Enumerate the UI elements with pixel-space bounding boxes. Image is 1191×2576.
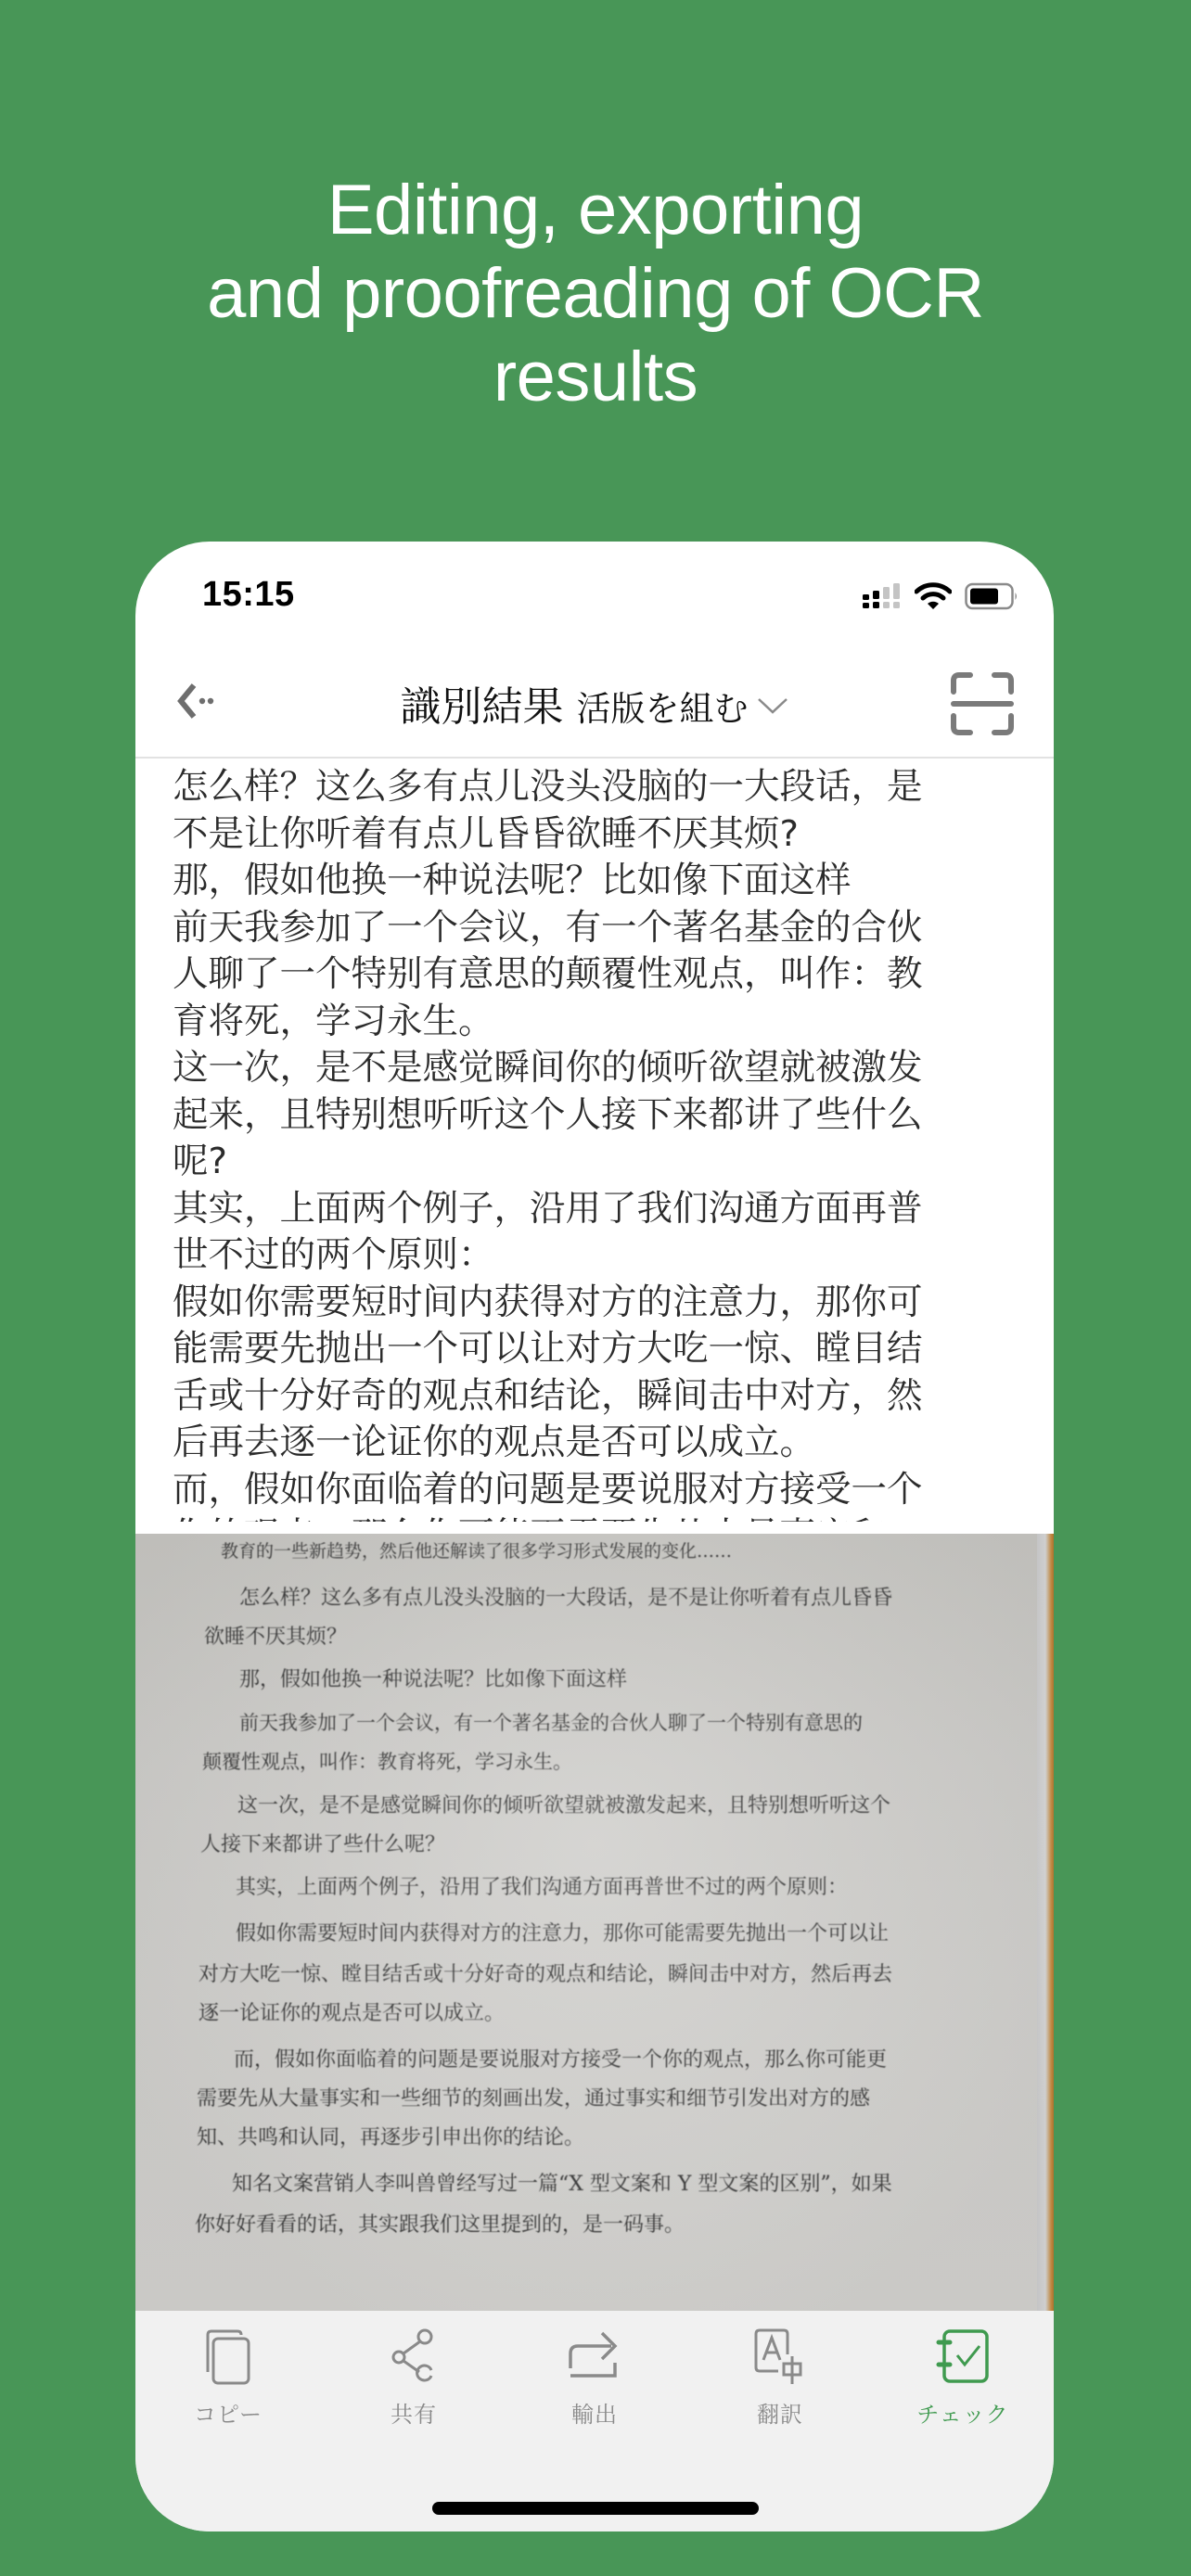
ocr-line[interactable]: 你的观点，那么你可能更需要先从大量事实和一 xyxy=(173,1513,1026,1522)
ocr-line[interactable]: 育将死，学习永生。 xyxy=(173,999,1026,1046)
status-bar: 15:15 xyxy=(135,542,1054,644)
export-icon xyxy=(565,2327,624,2387)
cellular-signal-icon xyxy=(863,583,902,613)
ocr-line[interactable]: 怎么样？这么多有点儿没头没脑的一大段话，是 xyxy=(173,764,1026,811)
share-icon xyxy=(384,2327,443,2387)
scan-frame-icon xyxy=(950,722,1015,740)
layout-mode-label: 活版を組む xyxy=(577,689,749,729)
bottom-toolbar: コピー 共有 輸出 xyxy=(135,2311,1054,2531)
photo-line: 需要先从大量事实和一些细节的刻画出发，通过事实和细节引发出对方的感 xyxy=(197,2083,870,2111)
proofread-check-icon xyxy=(933,2327,992,2387)
share-button[interactable]: 共有 xyxy=(349,2327,479,2429)
export-button[interactable]: 輸出 xyxy=(530,2327,660,2429)
status-time: 15:15 xyxy=(202,575,295,615)
ocr-line[interactable]: 而，假如你面临着的问题是要说服对方接受一个 xyxy=(173,1467,1026,1514)
phone-screen: 15:15 xyxy=(135,542,1054,2531)
proofread-check-label: チェック xyxy=(916,2396,1008,2429)
photo-line: 知名文案营销人李叫兽曾经写过一篇“X 型文案和 Y 型文案的区别”，如果 xyxy=(232,2168,892,2197)
photo-line: 颠覆性观点，叫作：教育将死，学习永生。 xyxy=(202,1747,572,1775)
ocr-line[interactable]: 其实，上面两个例子，沿用了我们沟通方面再普 xyxy=(173,1186,1026,1233)
ocr-line[interactable]: 人聊了一个特别有意思的颠覆性观点，叫作：教 xyxy=(173,951,1026,999)
layout-mode-dropdown[interactable]: 活版を組む xyxy=(577,681,749,731)
photo-line: 教育的一些新趋势，然后他还解读了很多学习形式发展的变化…… xyxy=(221,1537,732,1562)
photo-line: 知、共鸣和认同，再逐步引申出你的结论。 xyxy=(197,2122,584,2150)
source-photo: 教育的一些新趋势，然后他还解读了很多学习形式发展的变化…… 怎么样？这么多有点儿… xyxy=(135,1534,1054,2311)
ocr-line[interactable]: 呢? xyxy=(173,1139,1026,1186)
home-indicator[interactable] xyxy=(432,2502,759,2515)
export-label: 輸出 xyxy=(571,2396,618,2429)
ocr-result-editor[interactable]: 怎么样？这么多有点儿没头没脑的一大段话，是 不是让你听着有点儿昏昏欲睡不厌其烦?… xyxy=(173,760,1026,1522)
headline-line-3: results xyxy=(0,336,1191,419)
photo-line: 怎么样？这么多有点儿没头没脑的一大段话，是不是让你听着有点儿昏昏 xyxy=(239,1582,892,1611)
photo-line: 其实，上面两个例子，沿用了我们沟通方面再普世不过的两个原则： xyxy=(236,1871,848,1900)
proofread-check-button[interactable]: チェック xyxy=(898,2327,1028,2429)
ocr-line[interactable]: 假如你需要短时间内获得对方的注意力，那你可 xyxy=(173,1280,1026,1327)
wifi-icon xyxy=(915,582,952,614)
translate-icon xyxy=(750,2327,810,2387)
ocr-line[interactable]: 不是让你听着有点儿昏昏欲睡不厌其烦? xyxy=(173,811,1026,859)
photo-line: 那，假如他换一种说法呢？比如像下面这样 xyxy=(239,1664,627,1692)
photo-line: 前天我参加了一个会议，有一个著名基金的合伙人聊了一个特别有意思的 xyxy=(239,1708,863,1736)
ocr-line[interactable]: 前天我参加了一个会议，有一个著名基金的合伙 xyxy=(173,905,1026,952)
photo-line: 对方大吃一惊、瞠目结舌或十分好奇的观点和结论，瞬间击中对方，然后再去 xyxy=(198,1958,892,1987)
photo-line: 人接下来都讲了些什么呢？ xyxy=(200,1829,445,1857)
ocr-line[interactable]: 那，假如他换一种说法呢？比如像下面这样 xyxy=(173,858,1026,905)
nav-title-group: 識別結果 活版を組む xyxy=(135,673,1054,733)
status-icons xyxy=(863,582,1018,614)
page-title: 識別結果 xyxy=(401,673,564,733)
translate-button[interactable]: 翻訳 xyxy=(715,2327,845,2429)
translate-label: 翻訳 xyxy=(757,2396,803,2429)
share-label: 共有 xyxy=(391,2396,437,2429)
ocr-line[interactable]: 舌或十分好奇的观点和结论，瞬间击中对方，然 xyxy=(173,1373,1026,1421)
photo-line: 逐一论证你的观点是否可以成立。 xyxy=(198,1997,505,2026)
photo-line: 而，假如你面临着的问题是要说服对方接受一个你的观点，那么你可能更 xyxy=(234,2044,887,2072)
promo-headline: Editing, exporting and proofreading of O… xyxy=(0,169,1191,419)
headline-line-2: and proofreading of OCR xyxy=(0,252,1191,336)
battery-icon xyxy=(965,582,1018,614)
ocr-line[interactable]: 世不过的两个原则： xyxy=(173,1232,1026,1280)
copy-icon xyxy=(198,2327,258,2387)
chevron-down-icon[interactable] xyxy=(756,695,789,716)
photo-line: 你好好看看的话，其实跟我们这里提到的，是一码事。 xyxy=(195,2209,685,2238)
scan-button[interactable] xyxy=(950,671,1015,736)
copy-button[interactable]: コピー xyxy=(163,2327,293,2429)
photo-line: 假如你需要短时间内获得对方的注意力，那你可能需要先抛出一个可以让 xyxy=(236,1918,889,1946)
ocr-line[interactable]: 能需要先抛出一个可以让对方大吃一惊、瞠目结 xyxy=(173,1326,1026,1373)
photo-line: 欲睡不厌其烦？ xyxy=(204,1621,347,1650)
ocr-line[interactable]: 起来，且特别想听听这个人接下来都讲了些什么 xyxy=(173,1092,1026,1140)
headline-line-1: Editing, exporting xyxy=(0,169,1191,252)
nav-bar: 識別結果 活版を組む xyxy=(135,644,1054,759)
photo-line: 这一次，是不是感觉瞬间你的倾听欲望就被激发起来，且特别想听听这个 xyxy=(237,1790,890,1818)
ocr-line[interactable]: 后再去逐一论证你的观点是否可以成立。 xyxy=(173,1420,1026,1467)
ocr-line[interactable]: 这一次，是不是感觉瞬间你的倾听欲望就被激发 xyxy=(173,1045,1026,1092)
copy-label: コピー xyxy=(194,2396,263,2429)
